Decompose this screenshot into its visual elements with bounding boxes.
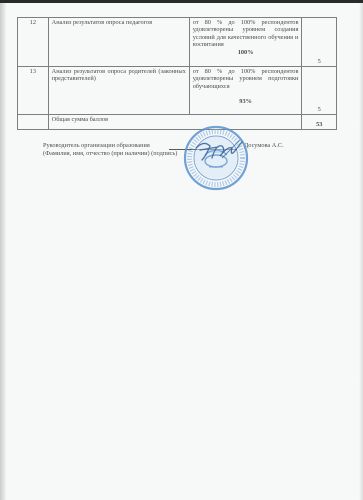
description-text: от 80 % до 100% респондентов удовлетворе… (193, 19, 299, 48)
signatory-role: Руководитель организации образования (43, 142, 177, 150)
scan-top-border (0, 0, 363, 3)
table-row: 13 Анализ результатов опроса родителей (… (18, 67, 337, 115)
criterion-cell: Анализ результатов опроса педагогов (48, 18, 189, 67)
description-text: от 80 % до 100% респондентов удовлетворе… (193, 68, 299, 90)
scan-right-shadow (359, 3, 363, 500)
evaluation-table: 12 Анализ результатов опроса педагогов о… (17, 17, 337, 130)
score-cell: 5 (302, 67, 337, 115)
empty-cell (18, 115, 49, 130)
description-cell: от 80 % до 100% респондентов удовлетворе… (189, 67, 302, 115)
signature-block: Руководитель организации образования (Фа… (43, 142, 177, 157)
total-label: Общая сумма баллов (48, 115, 302, 130)
score-cell: 5 (302, 18, 337, 67)
criterion-cell: Анализ результатов опроса родителей (зак… (48, 67, 189, 115)
table-row: 12 Анализ результатов опроса педагогов о… (18, 18, 337, 67)
row-number: 13 (18, 67, 49, 115)
signature-caption: (Фамилия, имя, отчество (при наличии) (п… (43, 150, 177, 158)
result-percent: 100% (193, 49, 299, 56)
result-percent: 93% (193, 98, 299, 105)
handwritten-signature-icon (192, 138, 244, 164)
total-row: Общая сумма баллов 53 (18, 115, 337, 130)
signatory-name: Досумова А.С. (244, 142, 284, 149)
scan-left-shadow (0, 3, 6, 500)
description-cell: от 80 % до 100% респондентов удовлетворе… (189, 18, 302, 67)
total-score: 53 (302, 115, 337, 130)
row-number: 12 (18, 18, 49, 67)
